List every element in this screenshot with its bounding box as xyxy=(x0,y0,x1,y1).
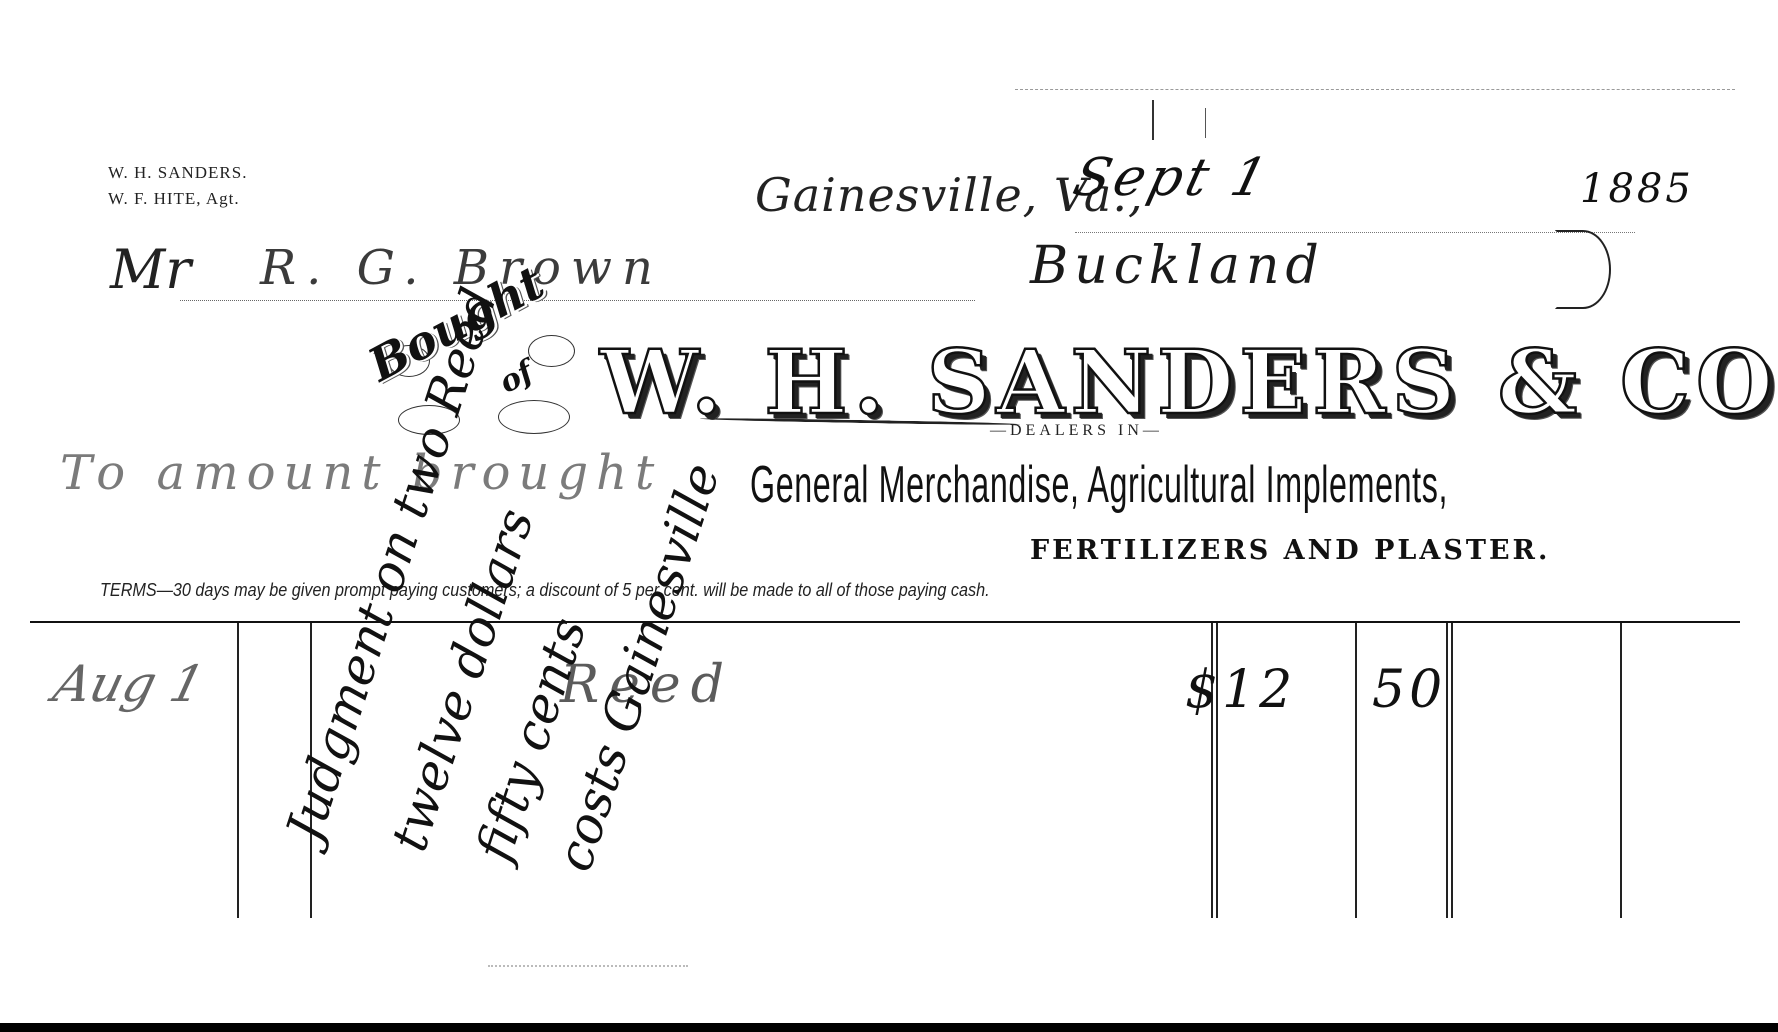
terms-text: TERMS—30 days may be given prompt paying… xyxy=(100,580,990,601)
date-handwritten: Sept 1 xyxy=(1068,148,1277,208)
scroll-ornament-icon xyxy=(498,400,570,434)
handwritten-bracket xyxy=(1555,230,1611,309)
column-divider xyxy=(237,623,239,918)
agent-name: W. F. HITE, Agt. xyxy=(108,186,247,212)
ink-mark xyxy=(1205,108,1206,138)
paper-specks xyxy=(488,965,688,967)
table-header-rule xyxy=(30,621,1740,623)
goods-line: General Merchandise, Agricultural Implem… xyxy=(750,455,1448,515)
year: 1885 xyxy=(1580,166,1694,212)
ink-mark xyxy=(1152,100,1154,140)
margin-note-handwritten: To amount brought xyxy=(60,445,662,501)
column-divider xyxy=(1451,623,1453,918)
column-divider xyxy=(1620,623,1622,918)
scan-edge-bar xyxy=(0,1023,1778,1032)
goods-line-2: FERTILIZERS AND PLASTER. xyxy=(1030,535,1550,566)
entry-amount-cents: 50 xyxy=(1372,660,1446,720)
salutation: Mr xyxy=(110,238,191,301)
proprietors-block: W. H. SANDERS. W. F. HITE, Agt. xyxy=(108,160,247,212)
dealers-in-label: —DEALERS IN— xyxy=(990,422,1163,440)
customer-location-handwritten: Buckland xyxy=(1030,236,1325,296)
proprietor-name: W. H. SANDERS. xyxy=(108,160,247,186)
top-faint-rule xyxy=(1015,89,1735,90)
entry-amount-dollars: $12 xyxy=(1185,660,1296,720)
scroll-ornament-icon xyxy=(528,335,575,367)
column-divider xyxy=(1446,623,1448,918)
customer-dotted-line xyxy=(180,300,975,301)
column-divider xyxy=(1355,623,1357,918)
date-dotted-line xyxy=(1075,232,1635,233)
entry-date: Aug 1 xyxy=(48,655,210,713)
